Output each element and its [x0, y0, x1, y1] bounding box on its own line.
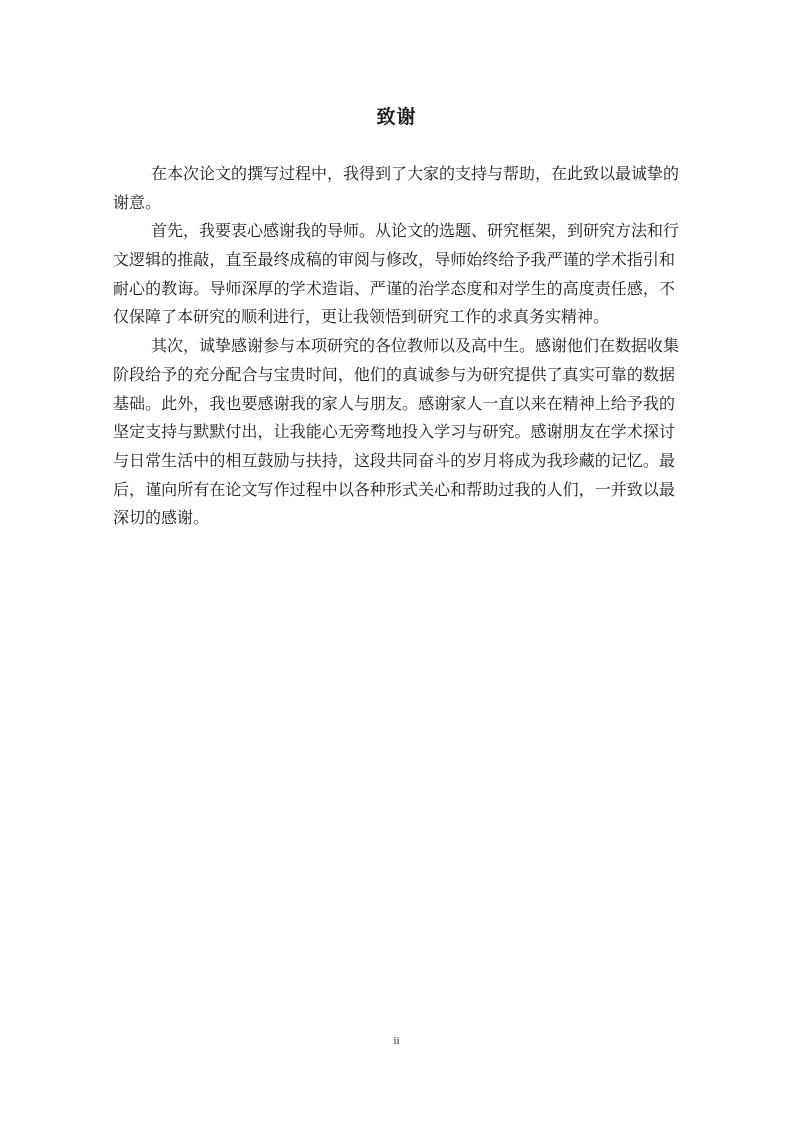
text-line: 在本次论文的撰写过程中，我得到了大家的支持与帮助，在此致以最诚挚的: [113, 160, 675, 189]
text-line: 坚定支持与默默付出，让我能心无旁骛地投入学习与研究。感谢朋友在学术探讨: [113, 418, 675, 447]
text-line: 文逻辑的推敲，直至最终成稿的审阅与修改，导师始终给予我严谨的学术指引和: [113, 246, 675, 275]
text-line: 基础。此外，我也要感谢我的家人与朋友。感谢家人一直以来在精神上给予我的: [113, 390, 675, 419]
text-line: 后，谨向所有在论文写作过程中以各种形式关心和帮助过我的人们，一并致以最: [113, 476, 675, 505]
document-page: 致谢 在本次论文的撰写过程中，我得到了大家的支持与帮助，在此致以最诚挚的 谢意。…: [0, 0, 793, 1122]
paragraph-2: 首先，我要衷心感谢我的导师。从论文的选题、研究框架，到研究方法和行 文逻辑的推敲…: [113, 217, 675, 332]
text-line: 仅保障了本研究的顺利进行，更让我领悟到研究工作的求真务实精神。: [113, 303, 675, 332]
text-line: 耐心的教诲。导师深厚的学术造诣、严谨的治学态度和对学生的高度责任感，不: [113, 275, 675, 304]
text-line: 深切的感谢。: [113, 504, 675, 533]
text-line: 谢意。: [113, 189, 675, 218]
text-line: 阶段给予的充分配合与宝贵时间，他们的真诚参与为研究提供了真实可靠的数据: [113, 361, 675, 390]
acknowledgement-body: 在本次论文的撰写过程中，我得到了大家的支持与帮助，在此致以最诚挚的 谢意。 首先…: [113, 160, 675, 533]
paragraph-3: 其次，诚挚感谢参与本项研究的各位教师以及高中生。感谢他们在数据收集 阶段给予的充…: [113, 332, 675, 533]
page-title: 致谢: [0, 104, 793, 130]
page-number: ii: [0, 1035, 793, 1047]
paragraph-1: 在本次论文的撰写过程中，我得到了大家的支持与帮助，在此致以最诚挚的 谢意。: [113, 160, 675, 217]
text-line: 与日常生活中的相互鼓励与扶持，这段共同奋斗的岁月将成为我珍藏的记忆。最: [113, 447, 675, 476]
text-line: 其次，诚挚感谢参与本项研究的各位教师以及高中生。感谢他们在数据收集: [113, 332, 675, 361]
text-line: 首先，我要衷心感谢我的导师。从论文的选题、研究框架，到研究方法和行: [113, 217, 675, 246]
